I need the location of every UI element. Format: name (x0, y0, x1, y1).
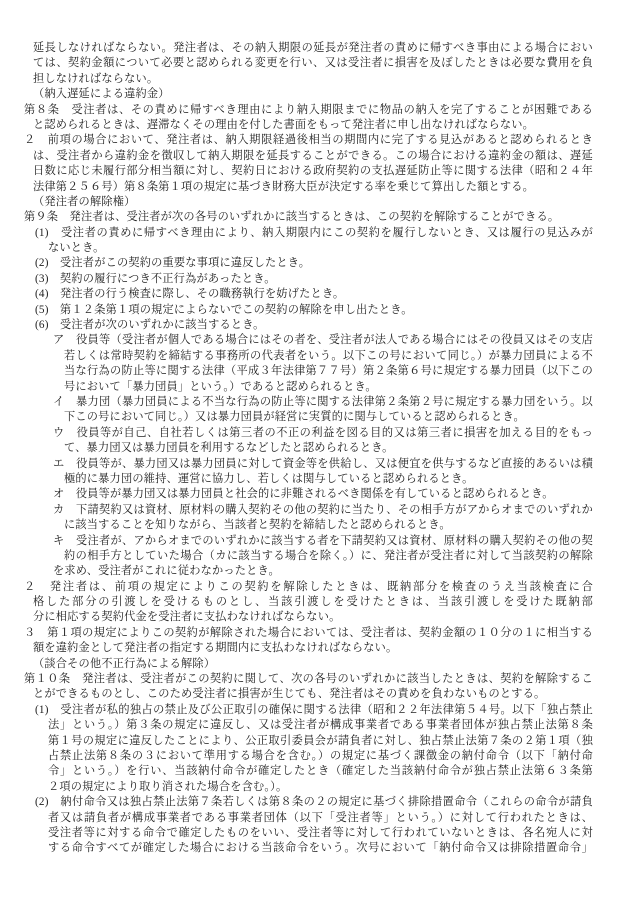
doc-line: 延長しなければならない。発注者は、その納入期限の延長が発注者の責めに帰すべき事由… (24, 41, 593, 56)
doc-line: 下この号において同じ。）又は暴力団員が経営に実質的に関与していると認められるとき… (24, 410, 593, 425)
doc-line: (5) 第１２条第１項の規定によらないでこの契約の解除を申し出たとき。 (24, 303, 593, 318)
doc-line: ては、契約金額について必要と認められる変更を行い、又は受注者に損害を及ぼしたとき… (24, 56, 593, 71)
doc-line: オ 役員等が暴力団又は暴力団員と社会的に非難されるべき関係を有していると認められ… (24, 487, 593, 502)
doc-line: 第８条 受注者は、その責めに帰すべき理由により納入期限までに物品の納入を完了する… (24, 103, 593, 118)
doc-line: は、受注者から違約金を徴収して納入期限を延長することができる。この場合における違… (24, 149, 593, 164)
doc-line: (2) 納付命令又は独占禁止法第７条若しくは第８条の２の規定に基づく排除措置命令… (24, 795, 593, 810)
doc-line: ウ 役員等が自己、自社若しくは第三者の不正の利益を図る目的又は第三者に損害を加え… (24, 426, 593, 441)
doc-line: 若しくは常時契約を締結する事務所の代表者をいう。以下この号において同じ。）が暴力… (24, 349, 593, 364)
doc-line: ３ 第１項の規定によりこの契約が解除された場合においては、受注者は、契約金額の１… (24, 626, 593, 641)
document-body: 延長しなければならない。発注者は、その納入期限の延長が発注者の責めに帰すべき事由… (24, 41, 593, 857)
doc-line: （発注者の解除権） (24, 195, 593, 210)
doc-line: （談合その他不正行為による解除） (24, 657, 593, 672)
doc-line: 者又は請負者が構成事業者である事業者団体（以下「受注者等」という。）に対して行わ… (24, 811, 593, 826)
doc-line: カ 下請契約又は資材、原材料の購入契約その他の契約に当たり、その相手方がアからオ… (24, 503, 593, 518)
doc-line: 第９条 発注者は、受注者が次の各号のいずれかに該当するときは、この契約を解除する… (24, 210, 593, 225)
doc-line: 占禁止法第８条の３において準用する場合を含む。）の規定に基づく課徴金の納付命令（… (24, 749, 593, 764)
doc-line: 令」という。）を行い、当該納付命令が確定したとき（確定した当該納付命令が独占禁止… (24, 764, 593, 779)
doc-line: 約の相手方としていた場合（カに該当する場合を除く。）に、発注者が受注者に対して当… (24, 549, 593, 564)
doc-line: ２ 発注者は、前項の規定によりこの契約を解除したときは、既納部分を検査のうえ当該… (24, 580, 593, 595)
doc-line: 格した部分の引渡しを受けるものとし、当該引渡しを受けたときは、当該引渡しを受けた… (24, 595, 593, 610)
doc-line: 分に相応する契約代金を受注者に支払わなければならない。 (24, 610, 593, 625)
doc-line: 第１０条 発注者は、受注者がこの契約に関して、次の各号のいずれかに該当したときは… (24, 672, 593, 687)
doc-line: 第１号の規定に違反したことにより、公正取引委員会が請負者に対し、独占禁止法第７条… (24, 734, 593, 749)
doc-line: 担しなければならない。 (24, 72, 593, 87)
doc-line: (4) 発注者の行う検査に際し、その職務執行を妨げたとき。 (24, 287, 593, 302)
doc-line: (6) 受注者が次のいずれかに該当するとき。 (24, 318, 593, 333)
doc-line: (1) 受注者が私的独占の禁止及び公正取引の確保に関する法律（昭和２２年法律第５… (24, 703, 593, 718)
doc-line: 当な行為の防止等に関する法律（平成３年法律第７７号）第２条第６号に規定する暴力団… (24, 364, 593, 379)
doc-line: 極的に暴力団の維持、運営に協力し、若しくは関与していると認められるとき。 (24, 472, 593, 487)
doc-line: イ 暴力団（暴力団員による不当な行為の防止等に関する法律第２条第２号に規定する暴… (24, 395, 593, 410)
doc-line: (1) 受注者の責めに帰すべき理由により、納入期限内にこの契約を履行しないとき、… (24, 226, 593, 241)
doc-line: て、暴力団又は暴力団員を利用するなどしたと認められるとき。 (24, 441, 593, 456)
doc-line: を求め、受注者がこれに従わなかったとき。 (24, 564, 593, 579)
contract-document-page: 延長しなければならない。発注者は、その納入期限の延長が発注者の責めに帰すべき事由… (0, 0, 630, 903)
doc-line: エ 役員等が、暴力団又は暴力団員に対して資金等を供給し、又は便宜を供与するなど直… (24, 457, 593, 472)
doc-line: ２項の規定により取り消された場合を含む。）。 (24, 780, 593, 795)
doc-line: キ 受注者が、アからオまでのいずれかに該当する者を下請契約又は資材、原材料の購入… (24, 534, 593, 549)
doc-line: 号において「暴力団員」という。）であると認められるとき。 (24, 380, 593, 395)
doc-line: ２ 前項の場合において、発注者は、納入期限経過後相当の期間内に完了する見込がある… (24, 133, 593, 148)
doc-line: とができるものとし、このため受注者に損害が生じても、発注者はその責めを負わないも… (24, 687, 593, 702)
doc-line: (3) 契約の履行につき不正行為があったとき。 (24, 272, 593, 287)
doc-line: (2) 受注者がこの契約の重要な事項に違反したとき。 (24, 256, 593, 271)
doc-line: 額を違約金として発注者の指定する期間内に支払わなければならない。 (24, 641, 593, 656)
doc-line: 法」という。）第３条の規定に違反し、又は受注者が構成事業者である事業者団体が独占… (24, 718, 593, 733)
doc-line: 法律第２５６号）第８条第１項の規定に基づき財務大臣が決定する率を乗じて算出した額… (24, 180, 593, 195)
doc-line: する命令すべてが確定した場合における当該命令をいう。次号において「納付命令又は排… (24, 841, 593, 856)
doc-line: ないとき。 (24, 241, 593, 256)
doc-line: 日数に応じ未履行部分相当額に対し、契約日における政府契約の支払遅延防止等に関する… (24, 164, 593, 179)
doc-line: （納入遅延による違約金） (24, 87, 593, 102)
doc-line: と認められるときは、遅滞なくその理由を付した書面をもって発注者に申し出なければな… (24, 118, 593, 133)
doc-line: 受注者等に対する命令で確定したものをいい、受注者等に対して行われていないときは、… (24, 826, 593, 841)
doc-line: ア 役員等（受注者が個人である場合にはその者を、受注者が法人である場合にはその役… (24, 333, 593, 348)
doc-line: に該当することを知りながら、当該者と契約を締結したと認められるとき。 (24, 518, 593, 533)
